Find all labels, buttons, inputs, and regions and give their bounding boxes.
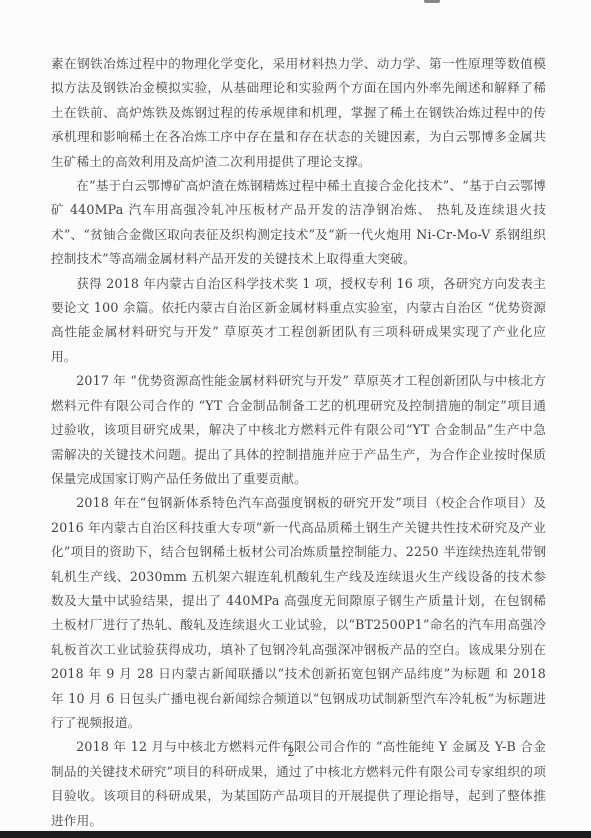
scan-smudge-artifact (424, 0, 440, 3)
paragraph-project-2017: 2017 年 “优势资源高性能金属材料研究与开发” 草原英才工程创新团队与中核北… (51, 369, 546, 491)
scanned-document-page: 素在钢铁冶炼过程中的物理化学变化，采用材料热力学、动力学、第一性原理等数值模拟方… (0, 0, 591, 838)
paragraph-continuation: 素在钢铁冶炼过程中的物理化学变化，采用材料热力学、动力学、第一性原理等数值模拟方… (51, 52, 546, 174)
scan-speck-artifact (124, 768, 127, 771)
page-number: 2 (0, 744, 582, 760)
paragraph-key-technologies: 在“基于白云鄂博矿高炉渣在炼钢精炼过程中稀土直接合金化技术”、“基于白云鄂博矿 … (51, 174, 546, 272)
scan-edge-artifact (0, 831, 591, 838)
document-body: 素在钢铁冶炼过程中的物理化学变化，采用材料热力学、动力学、第一性原理等数值模拟方… (51, 52, 546, 833)
paragraph-awards-2018: 获得 2018 年内蒙古自治区科学技术奖 1 项，授权专利 16 项，各研究方向… (51, 272, 546, 370)
paragraph-project-2018: 2018 年在“包钢新体系特色汽车高强度钢板的研究开发”项目（校企合作项目）及 … (51, 491, 546, 735)
